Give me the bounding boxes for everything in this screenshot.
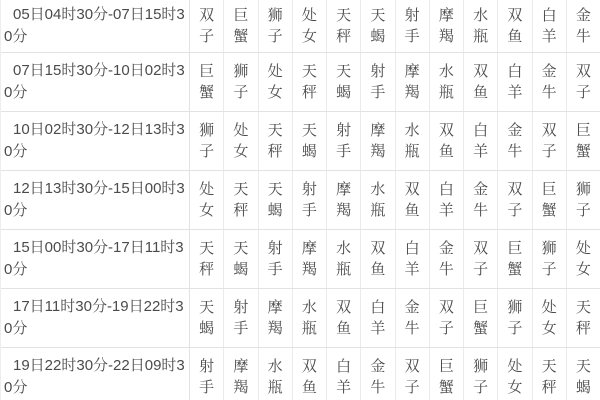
- table-row: 19日22时30分-22日09时30分射手摩羯水瓶双鱼白羊金牛双子巨蟹狮子处女天…: [1, 348, 600, 400]
- zodiac-sign-text: 天秤: [576, 297, 591, 339]
- date-range-text: 19日22时30分-22日09时30分: [4, 355, 185, 399]
- sign-cell: 狮子: [567, 171, 600, 229]
- sign-cell: 水瓶: [396, 112, 430, 170]
- zodiac-sign-text: 天蝎: [199, 297, 214, 339]
- date-range-text: 05日04时30分-07日15时30分: [4, 4, 185, 48]
- sign-cell: 双鱼: [498, 0, 532, 52]
- date-range-text: 15日00时30分-17日11时30分: [4, 237, 185, 281]
- sign-cell: 水瓶: [464, 0, 498, 52]
- zodiac-sign-text: 摩羯: [336, 179, 351, 221]
- sign-cell: 天蝎: [327, 53, 361, 111]
- zodiac-sign-text: 白羊: [405, 238, 420, 280]
- zodiac-sign-text: 处女: [233, 120, 248, 162]
- sign-cell: 双鱼: [396, 171, 430, 229]
- zodiac-sign-text: 巨蟹: [542, 179, 557, 221]
- sign-cell: 双鱼: [361, 230, 395, 288]
- sign-cell: 摩羯: [259, 289, 293, 347]
- sign-cell: 双鱼: [430, 112, 464, 170]
- date-range-cell: 12日13时30分-15日00时30分: [1, 171, 190, 229]
- sign-cell: 摩羯: [430, 0, 464, 52]
- zodiac-sign-text: 水瓶: [405, 120, 420, 162]
- zodiac-sign-text: 双鱼: [507, 5, 522, 47]
- sign-cell: 摩羯: [327, 171, 361, 229]
- zodiac-sign-text: 天蝎: [576, 356, 591, 398]
- zodiac-sign-text: 天蝎: [233, 238, 248, 280]
- sign-cell: 狮子: [498, 289, 532, 347]
- zodiac-sign-text: 天秤: [542, 356, 557, 398]
- zodiac-sign-text: 金牛: [542, 61, 557, 103]
- sign-cell: 狮子: [190, 112, 224, 170]
- sign-cell: 水瓶: [259, 348, 293, 400]
- zodiac-sign-text: 水瓶: [439, 61, 454, 103]
- sign-cell: 射手: [327, 112, 361, 170]
- date-range-cell: 17日11时30分-19日22时30分: [1, 289, 190, 347]
- sign-cell: 处女: [567, 230, 600, 288]
- sign-cell: 白羊: [533, 0, 567, 52]
- zodiac-sign-text: 天秤: [336, 5, 351, 47]
- zodiac-sign-text: 天蝎: [302, 120, 317, 162]
- date-range-cell: 07日15时30分-10日02时30分: [1, 53, 190, 111]
- zodiac-sign-text: 射手: [199, 356, 214, 398]
- sign-cell: 白羊: [396, 230, 430, 288]
- zodiac-sign-text: 射手: [233, 297, 248, 339]
- zodiac-sign-text: 水瓶: [473, 5, 488, 47]
- sign-cell: 处女: [259, 53, 293, 111]
- sign-cell: 天秤: [259, 112, 293, 170]
- zodiac-sign-text: 金牛: [370, 356, 385, 398]
- zodiac-sign-text: 摩羯: [302, 238, 317, 280]
- sign-cell: 水瓶: [327, 230, 361, 288]
- sign-cell: 巨蟹: [567, 112, 600, 170]
- table-row: 17日11时30分-19日22时30分天蝎射手摩羯水瓶双鱼白羊金牛双子巨蟹狮子处…: [1, 289, 600, 348]
- zodiac-sign-text: 巨蟹: [199, 61, 214, 103]
- zodiac-sign-text: 巨蟹: [439, 356, 454, 398]
- sign-cell: 双鱼: [293, 348, 327, 400]
- sign-cell: 双鱼: [464, 53, 498, 111]
- zodiac-sign-text: 处女: [576, 238, 591, 280]
- zodiac-sign-text: 狮子: [233, 61, 248, 103]
- sign-cell: 水瓶: [293, 289, 327, 347]
- zodiac-sign-text: 白羊: [507, 61, 522, 103]
- zodiac-sign-text: 金牛: [576, 5, 591, 47]
- sign-cell: 射手: [190, 348, 224, 400]
- sign-cell: 射手: [293, 171, 327, 229]
- sign-cell: 巨蟹: [498, 230, 532, 288]
- zodiac-sign-text: 摩羯: [405, 61, 420, 103]
- zodiac-sign-text: 狮子: [473, 356, 488, 398]
- sign-cell: 摩羯: [396, 53, 430, 111]
- zodiac-sign-text: 摩羯: [439, 5, 454, 47]
- zodiac-sign-text: 摩羯: [370, 120, 385, 162]
- sign-cell: 巨蟹: [190, 53, 224, 111]
- sign-cell: 水瓶: [361, 171, 395, 229]
- zodiac-sign-text: 水瓶: [336, 238, 351, 280]
- zodiac-sign-text: 白羊: [439, 179, 454, 221]
- zodiac-sign-text: 狮子: [507, 297, 522, 339]
- sign-cell: 狮子: [464, 348, 498, 400]
- sign-cell: 双子: [396, 348, 430, 400]
- zodiac-sign-text: 水瓶: [302, 297, 317, 339]
- sign-cell: 天蝎: [224, 230, 258, 288]
- zodiac-sign-text: 狮子: [199, 120, 214, 162]
- zodiac-sign-text: 双鱼: [370, 238, 385, 280]
- zodiac-sign-text: 双子: [576, 61, 591, 103]
- sign-cell: 金牛: [498, 112, 532, 170]
- sign-cell: 双鱼: [327, 289, 361, 347]
- zodiac-sign-text: 天蝎: [336, 61, 351, 103]
- sign-cell: 摩羯: [224, 348, 258, 400]
- sign-cell: 天秤: [224, 171, 258, 229]
- zodiac-sign-text: 天秤: [268, 120, 283, 162]
- zodiac-table: 05日04时30分-07日15时30分双子巨蟹狮子处女天秤天蝎射手摩羯水瓶双鱼白…: [0, 0, 600, 400]
- sign-cell: 天秤: [533, 348, 567, 400]
- date-range-cell: 10日02时30分-12日13时30分: [1, 112, 190, 170]
- zodiac-sign-text: 白羊: [336, 356, 351, 398]
- date-range-text: 12日13时30分-15日00时30分: [4, 178, 185, 222]
- sign-cell: 天蝎: [190, 289, 224, 347]
- table-row: 05日04时30分-07日15时30分双子巨蟹狮子处女天秤天蝎射手摩羯水瓶双鱼白…: [1, 0, 600, 53]
- date-range-text: 10日02时30分-12日13时30分: [4, 119, 185, 163]
- sign-cell: 白羊: [430, 171, 464, 229]
- sign-cell: 天秤: [327, 0, 361, 52]
- table-row: 15日00时30分-17日11时30分天秤天蝎射手摩羯水瓶双鱼白羊金牛双子巨蟹狮…: [1, 230, 600, 289]
- sign-cell: 巨蟹: [224, 0, 258, 52]
- sign-cell: 天秤: [190, 230, 224, 288]
- zodiac-sign-text: 处女: [507, 356, 522, 398]
- zodiac-sign-text: 巨蟹: [507, 238, 522, 280]
- zodiac-sign-text: 射手: [302, 179, 317, 221]
- sign-cell: 金牛: [430, 230, 464, 288]
- zodiac-sign-text: 摩羯: [268, 297, 283, 339]
- zodiac-sign-text: 摩羯: [233, 356, 248, 398]
- zodiac-sign-text: 金牛: [439, 238, 454, 280]
- zodiac-sign-text: 白羊: [542, 5, 557, 47]
- table-row: 10日02时30分-12日13时30分狮子处女天秤天蝎射手摩羯水瓶双鱼白羊金牛双…: [1, 112, 600, 171]
- sign-cell: 天蝎: [293, 112, 327, 170]
- sign-cell: 白羊: [464, 112, 498, 170]
- zodiac-sign-text: 水瓶: [370, 179, 385, 221]
- sign-cell: 双子: [498, 171, 532, 229]
- zodiac-sign-text: 双鱼: [405, 179, 420, 221]
- zodiac-sign-text: 射手: [370, 61, 385, 103]
- sign-cell: 射手: [396, 0, 430, 52]
- date-range-text: 17日11时30分-19日22时30分: [4, 296, 185, 340]
- sign-cell: 摩羯: [361, 112, 395, 170]
- zodiac-sign-text: 射手: [268, 238, 283, 280]
- sign-cell: 金牛: [464, 171, 498, 229]
- zodiac-sign-text: 双鱼: [439, 120, 454, 162]
- sign-cell: 白羊: [327, 348, 361, 400]
- sign-cell: 天秤: [293, 53, 327, 111]
- sign-cell: 双子: [190, 0, 224, 52]
- sign-cell: 水瓶: [430, 53, 464, 111]
- zodiac-sign-text: 巨蟹: [473, 297, 488, 339]
- zodiac-sign-text: 巨蟹: [576, 120, 591, 162]
- sign-cell: 巨蟹: [464, 289, 498, 347]
- zodiac-sign-text: 双子: [542, 120, 557, 162]
- zodiac-sign-text: 天秤: [199, 238, 214, 280]
- table-row: 12日13时30分-15日00时30分处女天秤天蝎射手摩羯水瓶双鱼白羊金牛双子巨…: [1, 171, 600, 230]
- sign-cell: 天蝎: [361, 0, 395, 52]
- zodiac-sign-text: 处女: [302, 5, 317, 47]
- zodiac-sign-text: 白羊: [370, 297, 385, 339]
- sign-cell: 天秤: [567, 289, 600, 347]
- zodiac-sign-text: 射手: [405, 5, 420, 47]
- sign-cell: 金牛: [396, 289, 430, 347]
- zodiac-sign-text: 双鱼: [336, 297, 351, 339]
- sign-cell: 巨蟹: [430, 348, 464, 400]
- zodiac-sign-text: 处女: [199, 179, 214, 221]
- date-range-cell: 19日22时30分-22日09时30分: [1, 348, 190, 400]
- zodiac-sign-text: 白羊: [473, 120, 488, 162]
- sign-cell: 双子: [567, 53, 600, 111]
- zodiac-sign-text: 双子: [199, 5, 214, 47]
- zodiac-sign-text: 天秤: [302, 61, 317, 103]
- zodiac-sign-text: 天秤: [233, 179, 248, 221]
- sign-cell: 天蝎: [567, 348, 600, 400]
- zodiac-sign-text: 金牛: [473, 179, 488, 221]
- zodiac-sign-text: 巨蟹: [233, 5, 248, 47]
- date-range-text: 07日15时30分-10日02时30分: [4, 60, 185, 104]
- zodiac-sign-text: 天蝎: [268, 179, 283, 221]
- sign-cell: 狮子: [533, 230, 567, 288]
- sign-cell: 双子: [464, 230, 498, 288]
- sign-cell: 处女: [190, 171, 224, 229]
- zodiac-sign-text: 金牛: [405, 297, 420, 339]
- zodiac-sign-text: 水瓶: [268, 356, 283, 398]
- sign-cell: 处女: [533, 289, 567, 347]
- sign-cell: 射手: [361, 53, 395, 111]
- zodiac-sign-text: 金牛: [507, 120, 522, 162]
- zodiac-sign-text: 双子: [439, 297, 454, 339]
- sign-cell: 摩羯: [293, 230, 327, 288]
- sign-cell: 处女: [293, 0, 327, 52]
- zodiac-sign-text: 处女: [268, 61, 283, 103]
- sign-cell: 金牛: [567, 0, 600, 52]
- zodiac-sign-text: 射手: [336, 120, 351, 162]
- zodiac-sign-text: 双子: [473, 238, 488, 280]
- sign-cell: 射手: [259, 230, 293, 288]
- sign-cell: 金牛: [533, 53, 567, 111]
- sign-cell: 射手: [224, 289, 258, 347]
- sign-cell: 白羊: [361, 289, 395, 347]
- zodiac-sign-text: 处女: [542, 297, 557, 339]
- date-range-cell: 15日00时30分-17日11时30分: [1, 230, 190, 288]
- sign-cell: 狮子: [224, 53, 258, 111]
- zodiac-sign-text: 双子: [507, 179, 522, 221]
- zodiac-sign-text: 狮子: [542, 238, 557, 280]
- sign-cell: 处女: [224, 112, 258, 170]
- sign-cell: 白羊: [498, 53, 532, 111]
- sign-cell: 双子: [533, 112, 567, 170]
- sign-cell: 天蝎: [259, 171, 293, 229]
- zodiac-sign-text: 天蝎: [370, 5, 385, 47]
- zodiac-sign-text: 狮子: [268, 5, 283, 47]
- zodiac-sign-text: 双子: [405, 356, 420, 398]
- sign-cell: 狮子: [259, 0, 293, 52]
- sign-cell: 处女: [498, 348, 532, 400]
- sign-cell: 巨蟹: [533, 171, 567, 229]
- sign-cell: 双子: [430, 289, 464, 347]
- zodiac-sign-text: 双鱼: [302, 356, 317, 398]
- sign-cell: 金牛: [361, 348, 395, 400]
- zodiac-sign-text: 双鱼: [473, 61, 488, 103]
- zodiac-sign-text: 狮子: [576, 179, 591, 221]
- date-range-cell: 05日04时30分-07日15时30分: [1, 0, 190, 52]
- table-row: 07日15时30分-10日02时30分巨蟹狮子处女天秤天蝎射手摩羯水瓶双鱼白羊金…: [1, 53, 600, 112]
